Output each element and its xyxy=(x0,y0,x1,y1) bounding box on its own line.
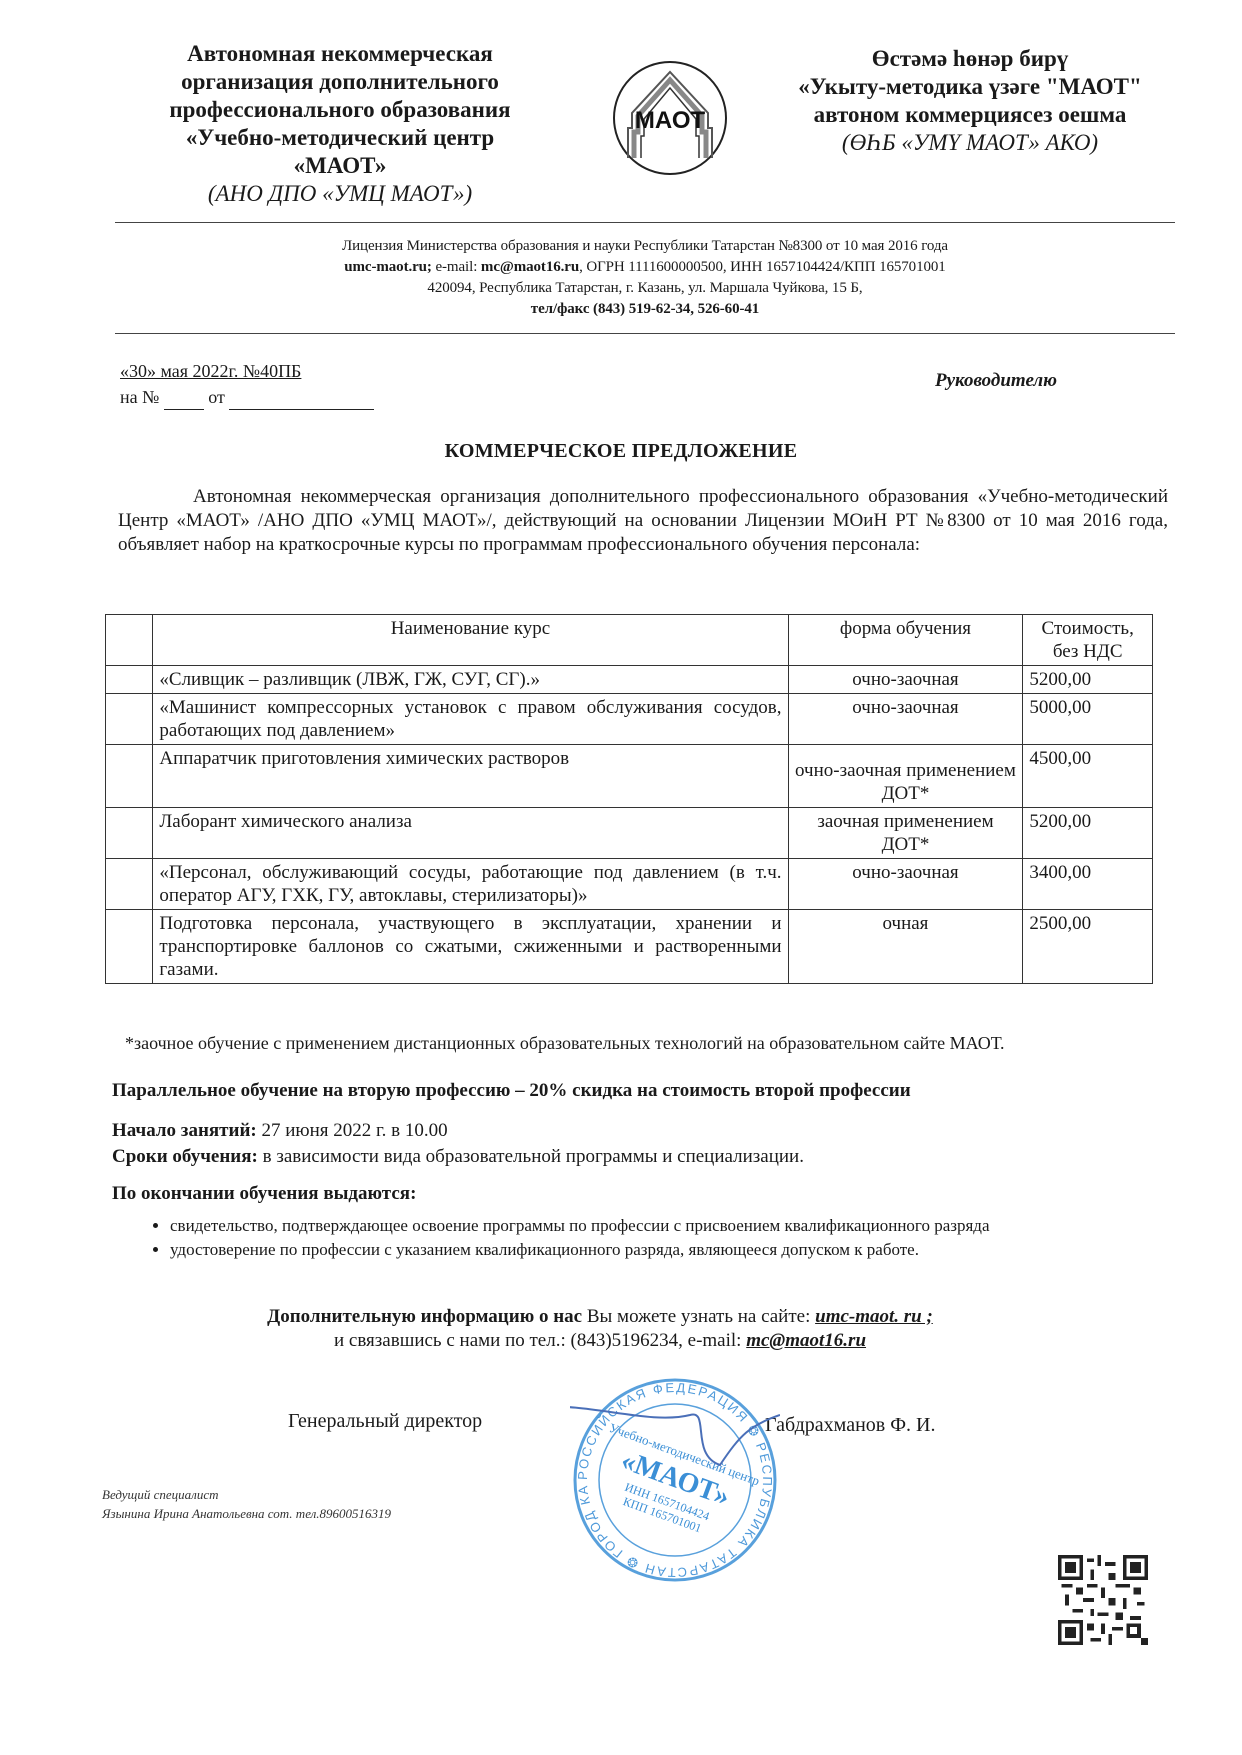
courses-table: Наименование курс форма обучения Стоимос… xyxy=(105,614,1153,984)
table-row: «Сливщик – разливщик (ЛВЖ, ГЖ, СУГ, СГ).… xyxy=(106,666,1153,694)
org-name-tatar: Өстәмә һөнәр бирү «Укыту-методика үзәге … xyxy=(760,45,1180,157)
recipient: Руководителю xyxy=(935,370,1057,392)
license-divider xyxy=(115,333,1175,334)
course-price: 5200,00 xyxy=(1023,808,1153,859)
org-line: профессионального образования xyxy=(110,96,570,124)
svg-text:МАОТ: МАОТ xyxy=(635,107,706,134)
phone-line: тел/факс (843) 519-62-34, 526-60-41 xyxy=(531,301,759,317)
schedule-block: Начало занятий: 27 июня 2022 г. в 10.00 … xyxy=(112,1118,804,1170)
parallel-discount: Параллельное обучение на вторую професси… xyxy=(112,1080,911,1102)
email-link[interactable]: mc@maot16.ru xyxy=(746,1330,866,1351)
org-name-russian: Автономная некоммерческая организация до… xyxy=(110,40,570,208)
course-form: очная xyxy=(788,910,1023,984)
contact-block: Дополнительную информацию о нас Вы может… xyxy=(200,1305,1000,1353)
course-price: 5200,00 xyxy=(1023,666,1153,694)
table-row: «Персонал, обслуживающий сосуды, работаю… xyxy=(106,859,1153,910)
course-form: очно-заочная xyxy=(788,666,1023,694)
course-name: Подготовка персонала, участвующего в экс… xyxy=(153,910,788,984)
course-price: 2500,00 xyxy=(1023,910,1153,984)
org-line: организация дополнительного xyxy=(110,68,570,96)
license-block: Лицензия Министерства образования и наук… xyxy=(230,236,1060,320)
col-header-form: форма обучения xyxy=(788,615,1023,666)
site-link[interactable]: umc-maot.ru; xyxy=(344,259,432,275)
course-form: очно-заочная xyxy=(788,694,1023,745)
site-link[interactable]: umc-maot. ru ; xyxy=(815,1306,933,1327)
course-price: 3400,00 xyxy=(1023,859,1153,910)
list-item: свидетельство, подтверждающее освоение п… xyxy=(170,1215,1200,1236)
qr-code-icon xyxy=(1058,1555,1148,1645)
org-abbrev: (ӨҺБ «УМҮ МАОТ» АКО) xyxy=(760,129,1180,157)
footnote: *заочное обучение с применением дистанци… xyxy=(125,1033,1004,1054)
start-value: 27 июня 2022 г. в 10.00 xyxy=(257,1120,448,1141)
specialist-name: Язынина Ирина Анатольевна сот. тел.89600… xyxy=(102,1504,391,1523)
ref-date-blank xyxy=(229,391,374,410)
org-abbrev: (АНО ДПО «УМЦ МАОТ») xyxy=(110,180,570,208)
specialist-block: Ведущий специалист Язынина Ирина Анатоль… xyxy=(102,1485,391,1523)
contacts-line: umc-maot.ru; e-mail: mc@maot16.ru, ОГРН … xyxy=(230,257,1060,278)
org-line: Автономная некоммерческая xyxy=(110,40,570,68)
date-number: «30» мая 2022г. №40ПБ xyxy=(120,358,374,384)
course-name: «Машинист компрессорных установок с прав… xyxy=(153,694,788,745)
on-no-label: на № xyxy=(120,387,159,407)
org-line: автоном коммерциясез оешма xyxy=(760,101,1180,129)
col-header-price: Стоимость, без НДС xyxy=(1023,615,1153,666)
issued-title: По окончании обучения выдаются: xyxy=(112,1183,416,1205)
ref-number-blank xyxy=(164,391,204,410)
org-line: «Учебно-методический центр xyxy=(110,124,570,152)
header-divider xyxy=(115,222,1175,223)
org-line: «МАОТ» xyxy=(110,152,570,180)
org-line: «Укыту-методика үзәге "МАОТ" xyxy=(760,73,1180,101)
intro-paragraph: Автономная некоммерческая организация до… xyxy=(118,485,1168,557)
course-price: 5000,00 xyxy=(1023,694,1153,745)
table-row: Подготовка персонала, участвующего в экс… xyxy=(106,910,1153,984)
document-title: КОММЕРЧЕСКОЕ ПРЕДЛОЖЕНИЕ xyxy=(0,440,1242,463)
course-name: Лаборант химического анализа xyxy=(153,808,788,859)
list-item: удостоверение по профессии с указанием к… xyxy=(170,1239,1200,1260)
from-label: от xyxy=(208,387,225,407)
course-name: «Персонал, обслуживающий сосуды, работаю… xyxy=(153,859,788,910)
maot-logo-icon: МАОТ xyxy=(610,58,730,178)
duration-label: Сроки обучения: xyxy=(112,1146,258,1167)
table-header-row: Наименование курс форма обучения Стоимос… xyxy=(106,615,1153,666)
reference-block: «30» мая 2022г. №40ПБ на № от xyxy=(120,358,374,410)
contact-lead: Дополнительную информацию о нас xyxy=(267,1306,582,1327)
start-label: Начало занятий: xyxy=(112,1120,257,1141)
table-row: «Машинист компрессорных установок с прав… xyxy=(106,694,1153,745)
specialist-title: Ведущий специалист xyxy=(102,1485,391,1504)
col-header-num xyxy=(106,615,153,666)
course-form: очно-заочная xyxy=(788,859,1023,910)
org-line: Өстәмә һөнәр бирү xyxy=(760,45,1180,73)
course-name: «Сливщик – разливщик (ЛВЖ, ГЖ, СУГ, СГ).… xyxy=(153,666,788,694)
course-form: заочная применением ДОТ* xyxy=(788,808,1023,859)
course-price: 4500,00 xyxy=(1023,745,1153,808)
duration-value: в зависимости вида образовательной прогр… xyxy=(258,1146,804,1167)
table-row: Лаборант химического анализа заочная при… xyxy=(106,808,1153,859)
director-position: Генеральный директор xyxy=(288,1410,482,1433)
issued-list: свидетельство, подтверждающее освоение п… xyxy=(130,1212,1200,1263)
table-row: Аппаратчик приготовления химических раст… xyxy=(106,745,1153,808)
course-form: очно-заочная применением ДОТ* xyxy=(788,745,1023,808)
company-stamp-icon: РОССИЙСКАЯ ФЕДЕРАЦИЯ ❂ РЕСПУБЛИКА ТАТАРС… xyxy=(570,1375,780,1585)
email-link[interactable]: mc@maot16.ru xyxy=(481,259,579,275)
director-name: Габдрахманов Ф. И. xyxy=(765,1414,935,1437)
license-line: Лицензия Министерства образования и наук… xyxy=(230,236,1060,257)
address-line: 420094, Республика Татарстан, г. Казань,… xyxy=(230,278,1060,299)
col-header-name: Наименование курс xyxy=(153,615,788,666)
course-name: Аппаратчик приготовления химических раст… xyxy=(153,745,788,808)
